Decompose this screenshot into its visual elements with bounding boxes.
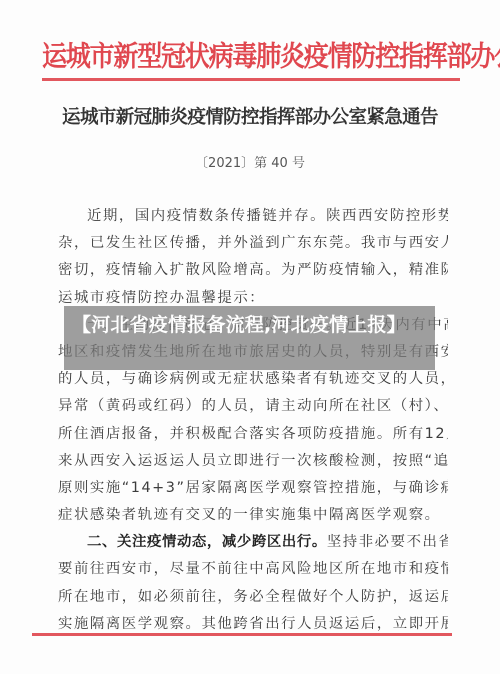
overlay-title[interactable]: 【河北省疫情报备流程,河北疫情上报】	[72, 312, 432, 339]
body-line: 来从西安入运返运人员立即进行一次核酸检测，按照“追平补齐”	[58, 448, 448, 475]
section-heading-line: 二、关注疫情动态，减少跨区出行。坚持非必要不出省，不	[58, 529, 448, 556]
body-line-text: 要前往西安市，尽量不前往中高风险地区所在地市和疫情发生地	[58, 561, 448, 577]
body-line: 的人员，与确诊病例或无症状感染者有轨迹交叉的人员，健康码	[58, 366, 448, 393]
body-line: 近期，国内疫情数条传播链并存。陕西西安防控形势严峻复	[58, 203, 448, 230]
body-line: 异常（黄码或红码）的人员，请主动向所在社区（村）、所属单位、	[58, 393, 448, 420]
body-line-text: 坚持非必要不出省，不	[327, 534, 448, 550]
body-line: 要前往西安市，尽量不前往中高风险地区所在地市和疫情发生地	[58, 556, 448, 583]
header-red-rule	[42, 78, 460, 81]
document-title: 运城市新冠肺炎疫情防控指挥部办公室紧急通告	[0, 103, 500, 129]
body-line: 密切，疫情输入扩散风险增高。为严防疫情输入，精准防控疫情，	[58, 257, 448, 284]
body-line-text: 密切，疫情输入扩散风险增高。为严防疫情输入，精准防控疫情，	[58, 262, 448, 278]
body-line-text: 所住酒店报备，并积极配合落实各项防疫措施。所有12月1日以	[58, 426, 448, 442]
title-overlay-banner[interactable]: 【河北省疫情报备流程,河北疫情上报】	[64, 306, 435, 370]
body-line: 杂，已发生社区传播，并外溢到广东东莞。我市与西安人员来往	[58, 230, 448, 257]
document-body: 近期，国内疫情数条传播链并存。陕西西安防控形势严峻复 杂，已发生社区传播，并外溢…	[58, 203, 448, 638]
document-page: 运城市新型冠状病毒肺炎疫情防控指挥部办公室 运城市新冠肺炎疫情防控指挥部办公室紧…	[0, 0, 500, 674]
body-line-text: 症状感染者轨迹有交叉的一律实施集中隔离医学观察。	[58, 507, 441, 523]
body-line: 原则实施“14+3”居家隔离医学观察管控措施，与确诊病例和无	[58, 475, 448, 502]
document-number: 〔2021〕第 40 号	[0, 152, 500, 171]
body-line-text: 实施隔离医学观察。其他跨省出行人员返运后，立即开展一次核	[58, 616, 448, 632]
body-line-text: 近期，国内疫情数条传播链并存。陕西西安防控形势严峻复	[87, 208, 448, 224]
body-line-text: 杂，已发生社区传播，并外溢到广东东莞。我市与西安人员来往	[58, 235, 448, 251]
body-line-text: 异常（黄码或红码）的人员，请主动向所在社区（村）、所属单位、	[58, 398, 448, 414]
body-line: 所在地市，如必须前往，务必全程做好个人防护，返运后按规定	[58, 584, 448, 611]
body-line: 症状感染者轨迹有交叉的一律实施集中隔离医学观察。	[58, 502, 448, 529]
section-heading: 二、关注疫情动态，减少跨区出行。	[87, 534, 327, 550]
body-line-text: 运城市疫情防控办温馨提示：	[58, 290, 265, 306]
body-line-text: 原则实施“14+3”居家隔离医学观察管控措施，与确诊病例和无	[58, 480, 448, 496]
body-line-text: 的人员，与确诊病例或无症状感染者有轨迹交叉的人员，健康码	[58, 371, 448, 387]
body-line-text: 来从西安入运返运人员立即进行一次核酸检测，按照“追平补齐”	[58, 453, 448, 469]
body-line: 所住酒店报备，并积极配合落实各项防疫措施。所有12月1日以	[58, 421, 448, 448]
footer-red-rule	[32, 633, 452, 636]
body-line-text: 所在地市，如必须前往，务必全程做好个人防护，返运后按规定	[58, 589, 448, 605]
org-header: 运城市新型冠状病毒肺炎疫情防控指挥部办公室	[42, 34, 460, 79]
